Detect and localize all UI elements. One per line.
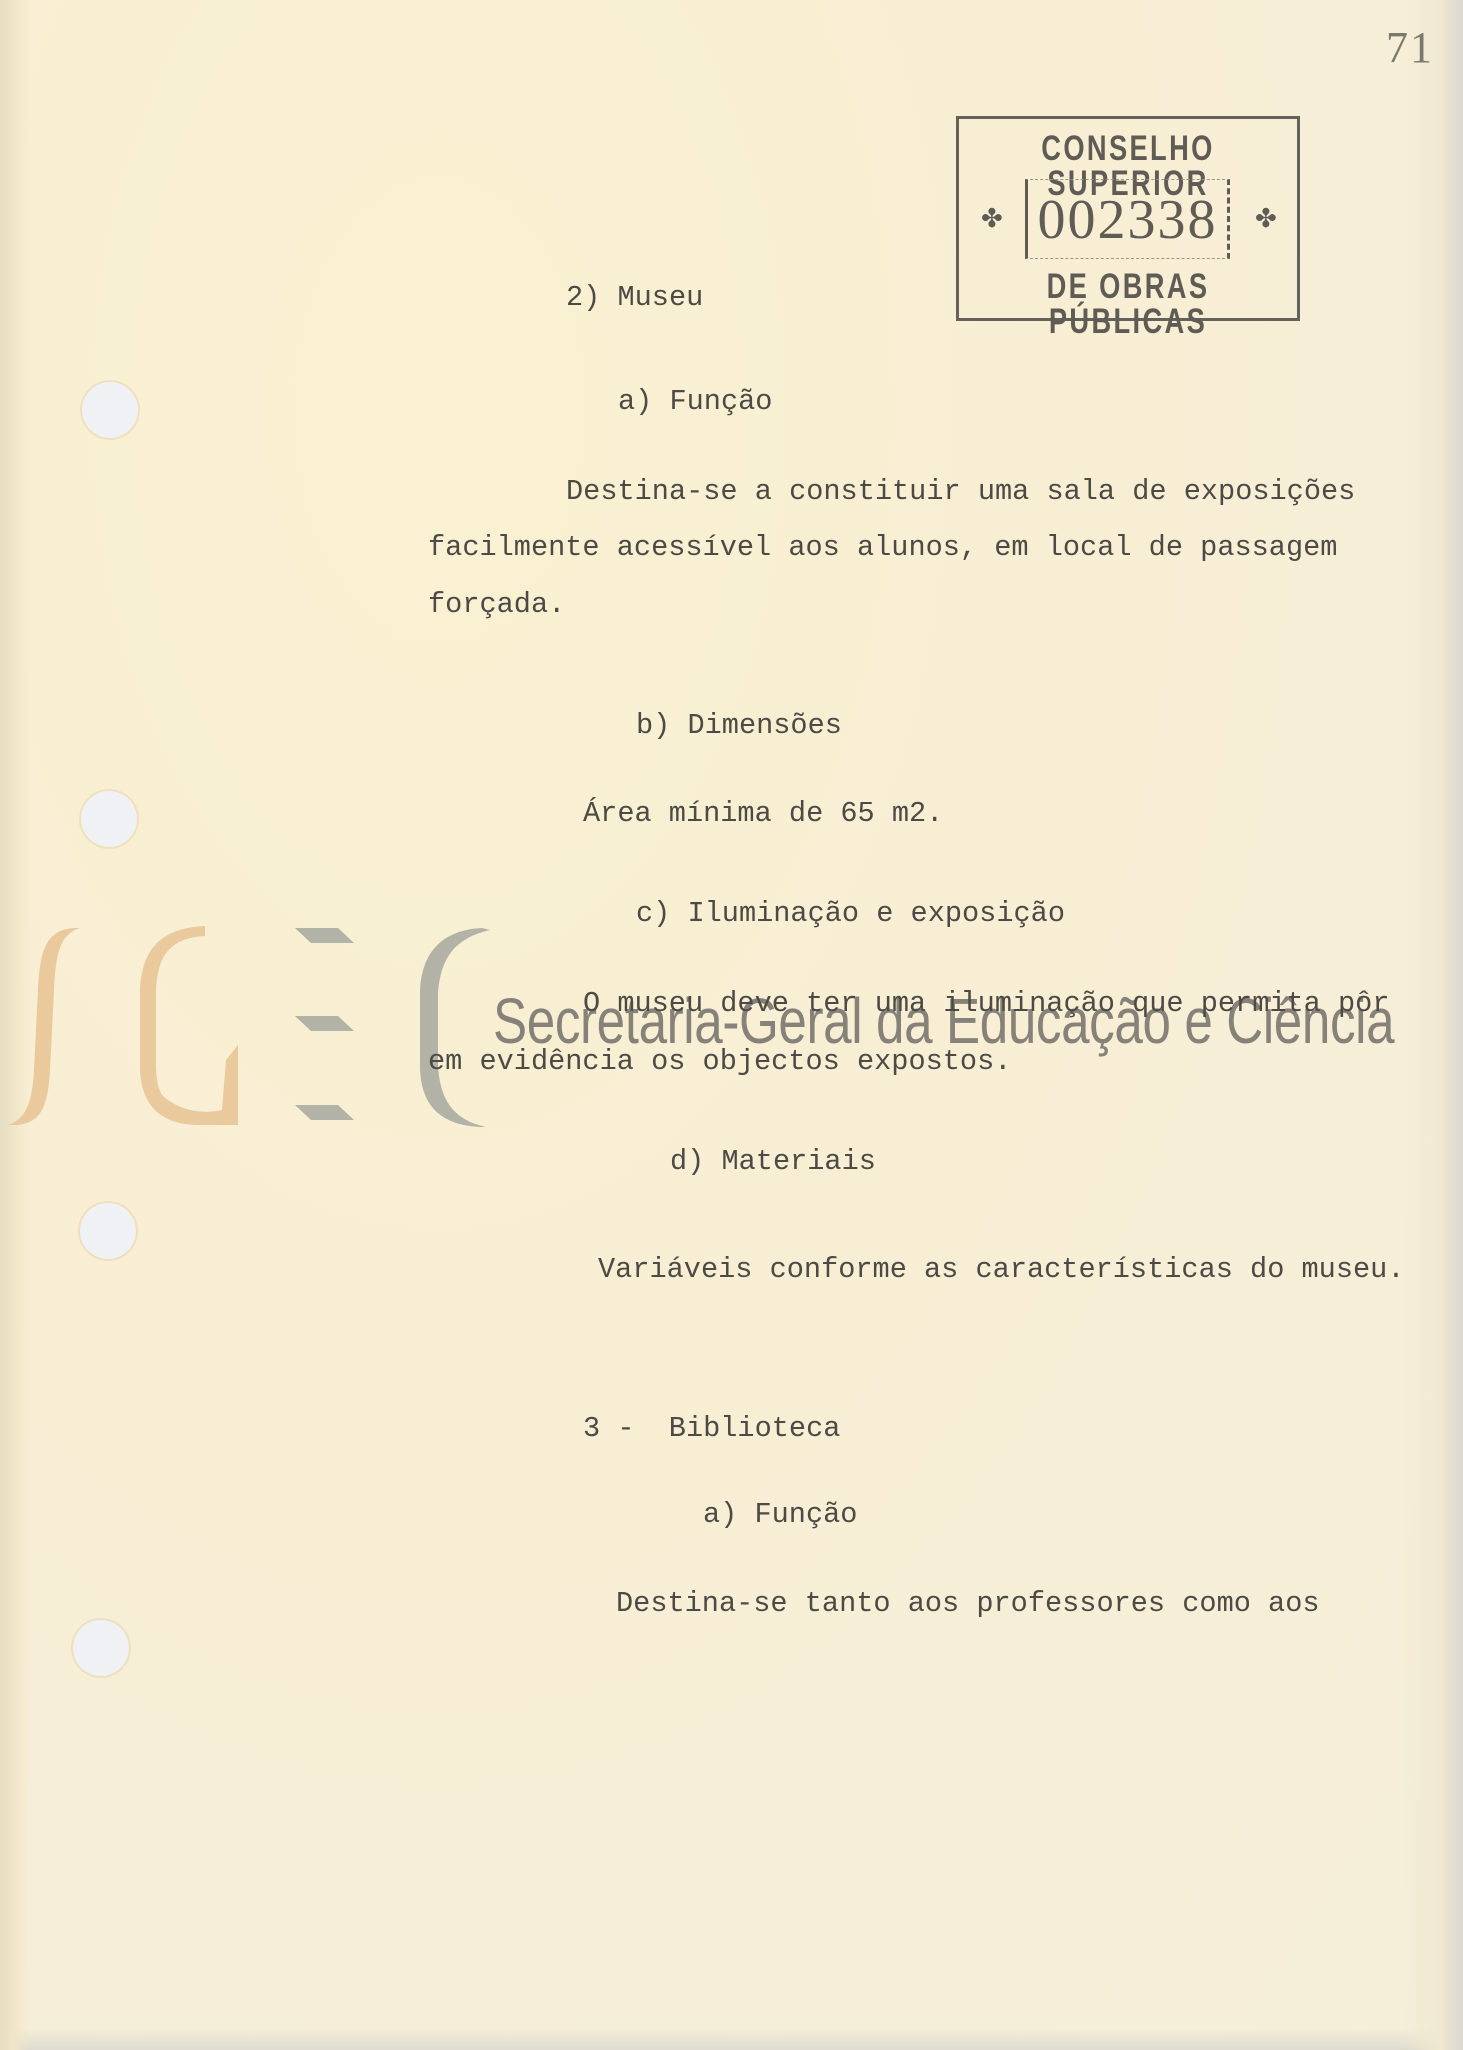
registry-stamp: CONSELHO SUPERIOR ✤ 002338 ✤ DE OBRAS PÚ… [956, 116, 1300, 321]
stamp-ornament-icon: ✤ [1255, 205, 1277, 231]
punch-hole [81, 791, 137, 847]
document-page: 71 CONSELHO SUPERIOR ✤ 002338 ✤ DE OBRAS… [0, 0, 1463, 2050]
subheading-iluminacao: c) Iluminação e exposição [636, 900, 1065, 929]
stamp-ornament-icon: ✤ [981, 205, 1003, 231]
paragraph-line: Área mínima de 65 m2. [583, 800, 943, 829]
punch-hole [80, 1203, 136, 1259]
page-number: 71 [1386, 26, 1434, 70]
punch-hole [73, 1620, 129, 1676]
subheading-materiais: d) Materiais [670, 1148, 876, 1177]
subheading-dimensoes: b) Dimensões [636, 712, 842, 741]
paragraph-line: forçada. [428, 591, 565, 620]
paragraph-line: facilmente acessível aos alunos, em loca… [428, 534, 1337, 563]
stamp-number-box: 002338 [1025, 179, 1230, 259]
punch-hole [82, 382, 138, 438]
stamp-number: 002338 [1028, 192, 1227, 248]
paragraph-line: Variáveis conforme as características do… [598, 1256, 1404, 1285]
section-heading-biblioteca: 3 - Biblioteca [583, 1415, 840, 1444]
stamp-line-bottom: DE OBRAS PÚBLICAS [996, 269, 1260, 339]
sgec-logo-icon [0, 920, 500, 1130]
paragraph-line: Destina-se a constituir uma sala de expo… [566, 478, 1355, 507]
paragraph-line: em evidência os objectos expostos. [428, 1048, 1011, 1077]
subheading-funcao: a) Função [618, 388, 772, 417]
subheading-funcao: a) Função [703, 1501, 857, 1530]
paragraph-line: O museu deve ter uma iluminação que perm… [583, 990, 1389, 1019]
paragraph-line: Destina-se tanto aos professores como ao… [616, 1590, 1320, 1619]
section-heading-museu: 2) Museu [566, 284, 703, 313]
